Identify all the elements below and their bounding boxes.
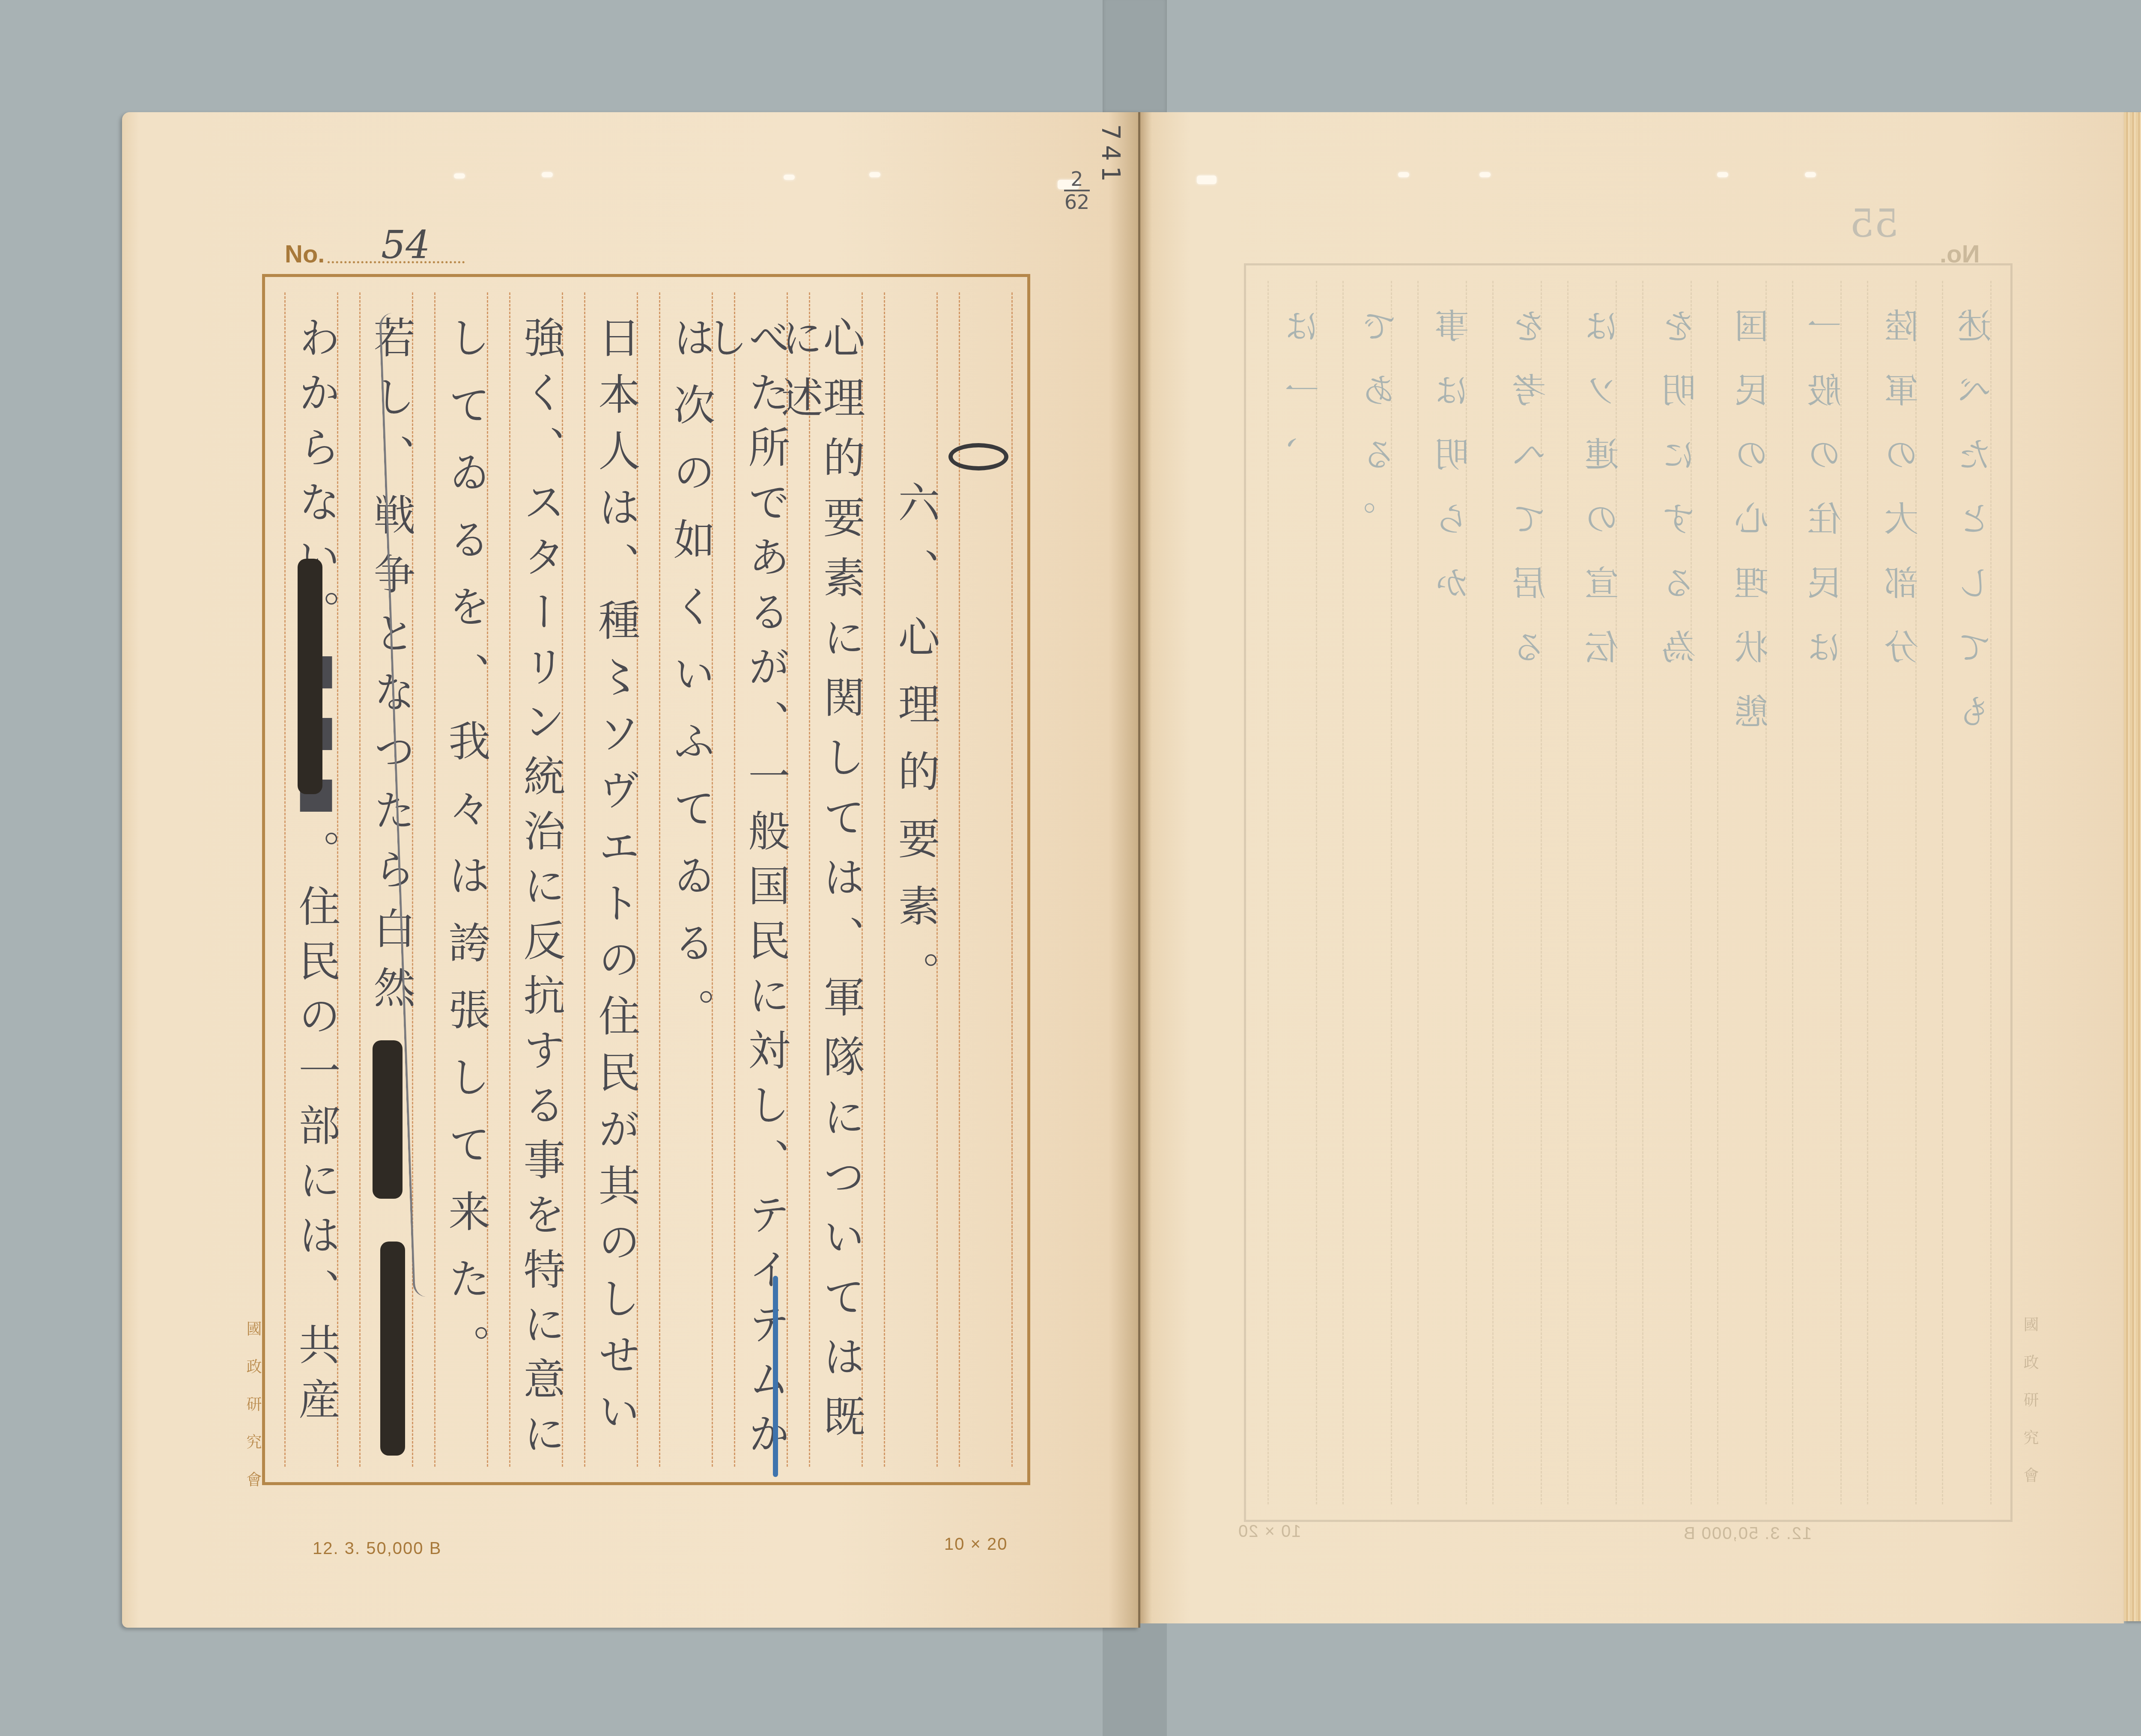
column-7: 強く、スターリン統治に反抗する事を特に意に — [509, 292, 563, 1467]
bleed-through-handwriting: はソ連の宣伝 — [1580, 308, 1629, 694]
mirrored-page-number: 55 — [1850, 201, 1899, 246]
fraction-denominator: 62 — [1064, 192, 1090, 212]
column-4: べた所であるが、一般国民に対し、テイテムかし — [734, 292, 788, 1467]
book-gutter — [1138, 112, 1140, 1628]
mirrored-side-label: 國政研究會 — [2019, 1316, 2041, 1505]
column-3: 心理的要素に関しては、軍隊については既に述 — [809, 292, 863, 1467]
column-text: べた所であるが、一般国民に対し、テイテムかし — [735, 292, 787, 1467]
print-code: 12. 3. 50,000 B — [313, 1539, 441, 1558]
staple-hole — [1398, 172, 1409, 177]
column-6: 日本人は、種〻ソヴエトの住民が其のしせい — [584, 292, 638, 1467]
bleed-through-handwriting: である。 — [1357, 308, 1407, 565]
column-text: 強く、スターリン統治に反抗する事を特に意に — [510, 292, 562, 1467]
redaction-block — [298, 559, 322, 794]
mirrored-grid-spec-text: 10 × 20 — [1237, 1522, 1301, 1541]
column-text: 日本人は、種〻ソヴエトの住民が其のしせい — [585, 292, 637, 1467]
staple-hole — [784, 175, 795, 180]
page-number-label: No. — [285, 240, 325, 268]
column-2: 六、心理的要素。 — [884, 292, 938, 1467]
binding-tab-top — [1103, 0, 1167, 116]
bleed-through-handwriting: を考へて居る — [1507, 308, 1557, 694]
page-stack-edge — [2124, 112, 2141, 1621]
fraction-numerator: 2 — [1064, 169, 1090, 189]
column-10: わからない。■■■。住民の一部には、共産 — [284, 292, 338, 1467]
mirrored-print-code-text: 12. 3. 50,000 B — [1683, 1524, 1812, 1543]
staple-hole — [542, 172, 553, 177]
redaction-block — [380, 1242, 405, 1456]
circled-bullet-mark — [948, 443, 1008, 470]
bleed-through-handwriting: を明にする為 — [1657, 308, 1706, 694]
column-text: してゐるを、我々は誇張して来た。 — [435, 292, 487, 1467]
staple-hole — [1479, 172, 1491, 177]
binding-tab-bottom — [1103, 1623, 1167, 1736]
staple-hole — [1717, 172, 1728, 177]
staple-hole — [869, 172, 880, 177]
torn-staple-hole — [1197, 176, 1217, 184]
mirrored-grid-spec: 10 × 20 — [1237, 1522, 1301, 1541]
bleed-through-handwriting: 陸軍の大部分 — [1880, 308, 1929, 694]
bleed-through-handwriting: 事は明らか — [1430, 308, 1479, 629]
redaction-block — [373, 1040, 403, 1199]
column-5: は次の如くいふてゐる。 — [659, 292, 713, 1467]
column-text: は次の如くいふてゐる。 — [660, 292, 712, 1467]
staple-hole — [454, 173, 465, 179]
column-text: わからない。■■■。住民の一部には、共産 — [286, 292, 337, 1467]
publisher-side-label: 國政研究會 — [242, 1321, 264, 1509]
mirrored-print-code: 12. 3. 50,000 B — [1683, 1524, 1812, 1543]
bleed-through-handwriting: 一般の住民は — [1803, 308, 1852, 694]
column-text: 心理的要素に関しては、軍隊については既に述 — [810, 292, 862, 1467]
section-heading: 六、心理的要素。 — [885, 292, 936, 1467]
fraction-annotation: 2 62 — [1064, 169, 1090, 212]
archive-number-annotation: 741 — [1096, 124, 1125, 187]
bleed-through-handwriting: 述べたとしても — [1953, 308, 2002, 758]
bleed-through-handwriting: は一、 — [1280, 308, 1330, 501]
column-8: してゐるを、我々は誇張して来た。 — [434, 292, 488, 1467]
bleed-through-handwriting: 国民の心理状態 — [1730, 308, 1779, 758]
manuscript-grid: 六、心理的要素。 心理的要素に関しては、軍隊については既に述 べた所であるが、一… — [262, 274, 1030, 1485]
blue-pencil-mark — [773, 1276, 778, 1477]
grid-spec-label: 10 × 20 — [944, 1535, 1008, 1554]
page-number-handwritten: 54 — [381, 223, 430, 268]
staple-hole — [1805, 172, 1816, 177]
mirrored-page-number-text: 55 — [1850, 201, 1899, 246]
